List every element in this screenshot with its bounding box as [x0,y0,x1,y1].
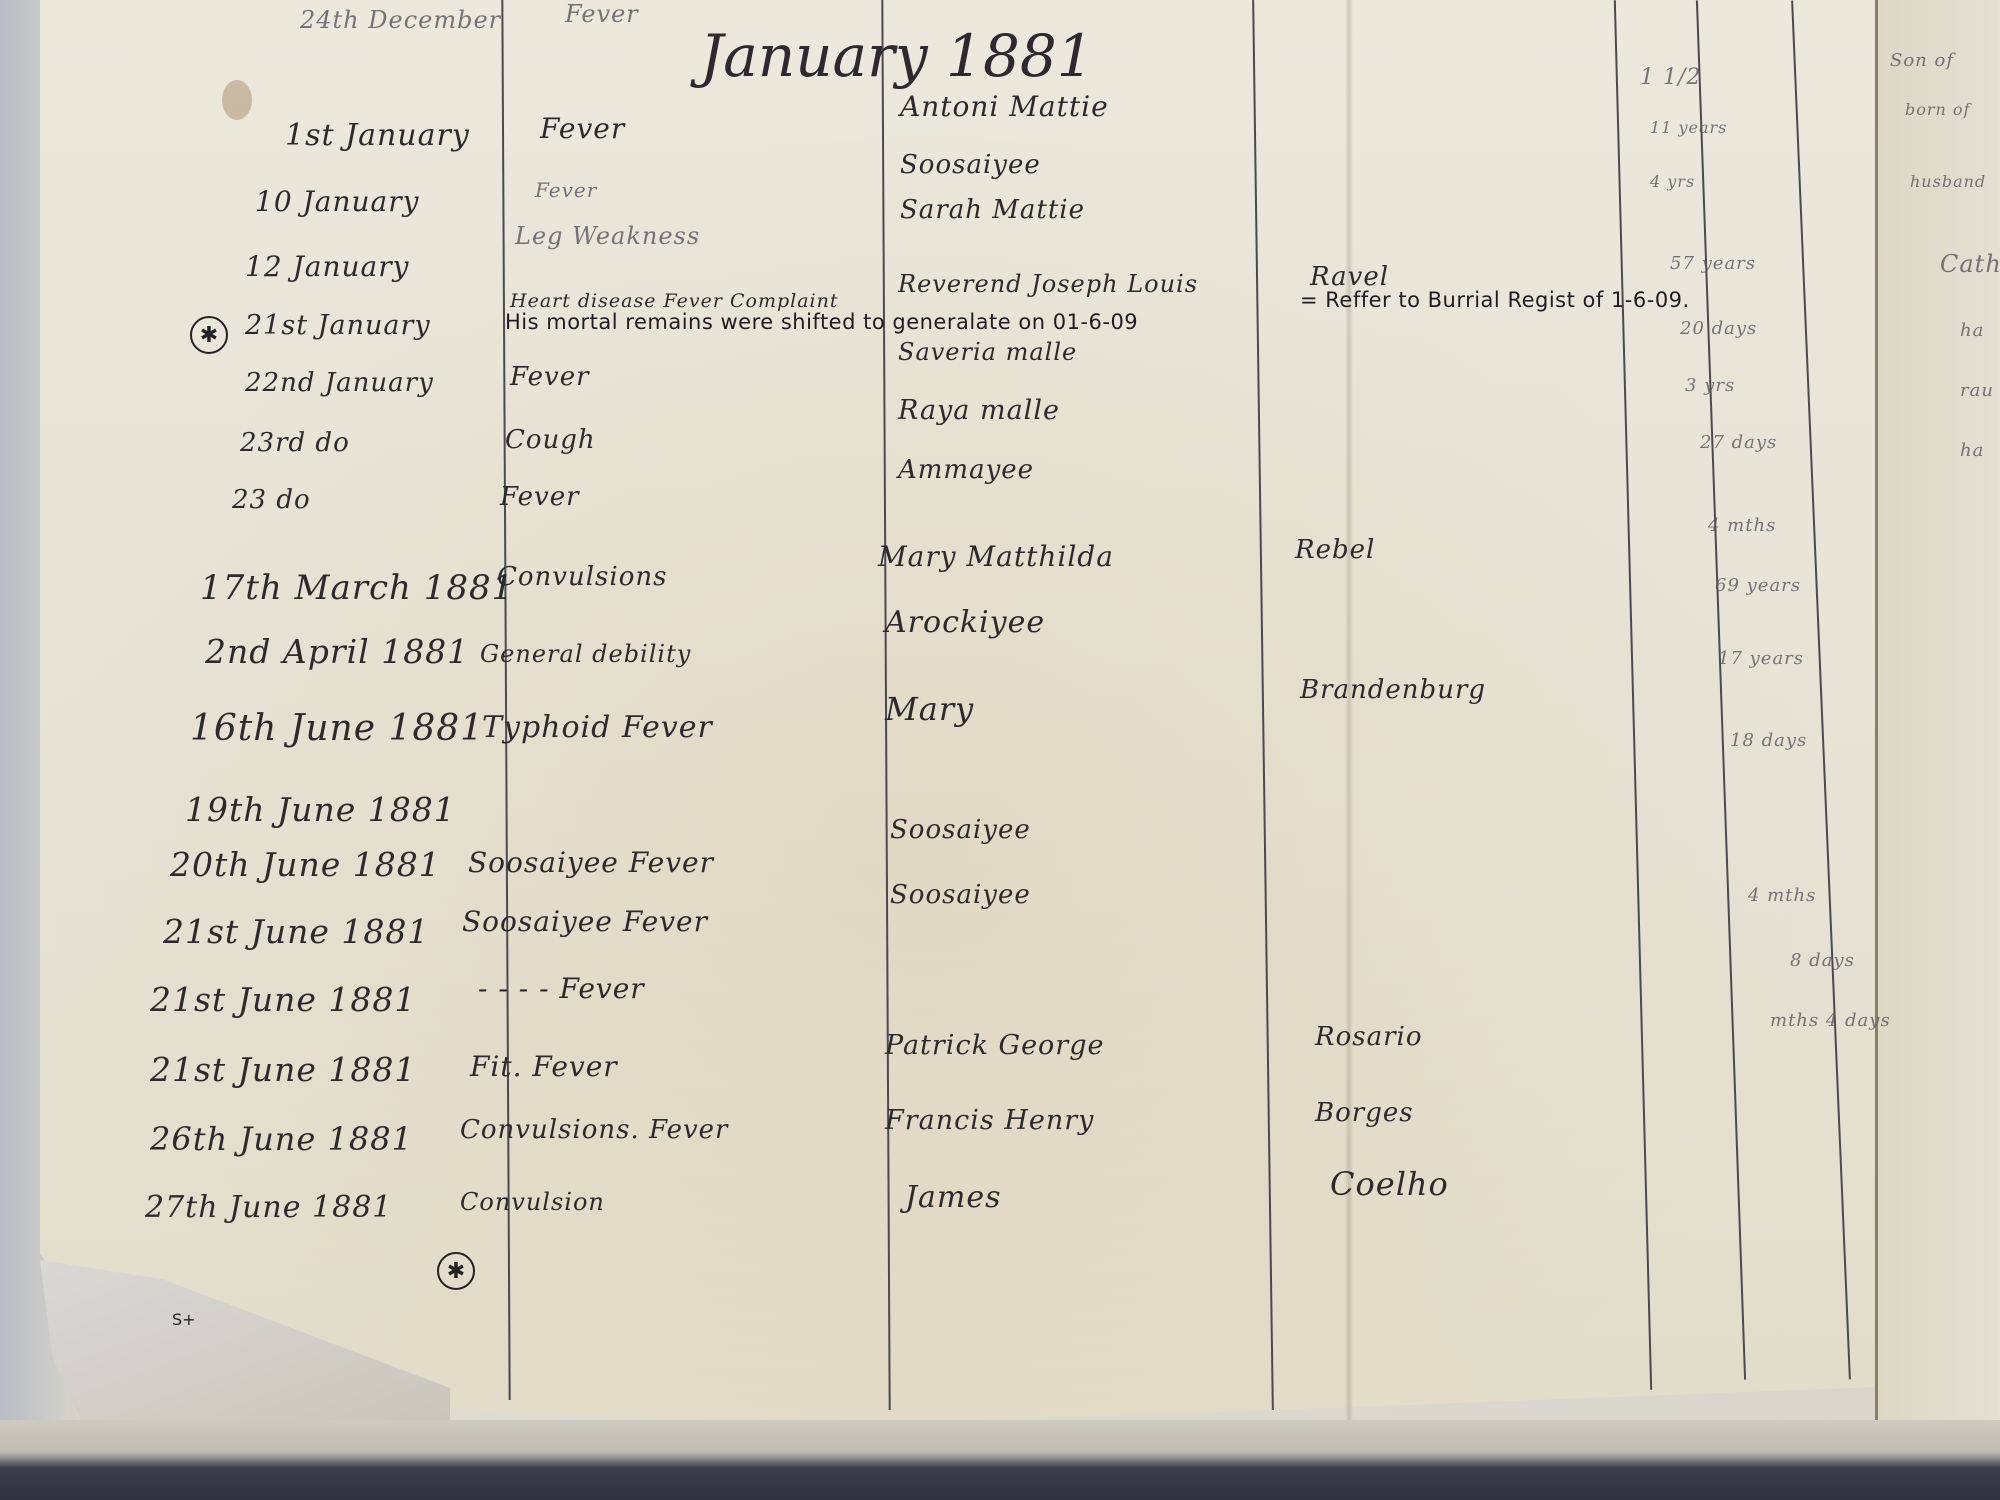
entry-name: Mary Matthilda [878,540,1114,573]
entry-name: Mary [885,690,974,728]
entry-date: 21st June 1881 [150,1050,416,1089]
entry-name: Raya malle [898,395,1060,426]
margin-fragment: husband [1910,172,1986,191]
entry-remark: = Reffer to Burrial Regist of 1-6-09. [1300,288,1690,312]
carryover-cause: Fever [565,0,639,28]
entry-age: 3 yrs [1685,375,1735,396]
entry-cause: Heart disease Fever Complaint [510,290,839,312]
entry-cause: Typhoid Fever [482,710,713,745]
entry-surname: Rosario [1315,1022,1422,1052]
entry-name: Reverend Joseph Louis [898,270,1198,298]
entry-cause: Fever [535,178,597,202]
table-surface [0,1420,2000,1500]
entry-age: 18 days [1730,730,1807,751]
page-fold [1345,0,1353,1420]
entry-date: 22nd January [245,368,434,398]
entry-age: mths 4 days [1770,1010,1891,1031]
margin-fragment: ha [1960,320,1984,341]
entry-name: Patrick George [885,1030,1104,1061]
entry-age: 69 years [1715,575,1801,596]
entry-annotation: His mortal remains were shifted to gener… [505,310,1138,334]
entry-age: 4 yrs [1650,172,1695,191]
corner-tag: S+ [172,1310,196,1329]
entry-surname: Brandenburg [1300,675,1486,705]
ink-stain [222,80,252,120]
adjacent-page-edge [1875,0,2000,1420]
entry-name: Sarah Mattie [900,195,1085,225]
carryover-date: 24th December [300,6,501,34]
entry-cause: Fever [540,112,625,145]
entry-surname: Rebel [1295,535,1375,565]
entry-cause: Fit. Fever [470,1050,618,1083]
entry-cause: Soosaiyee Fever [462,905,708,938]
entry-name: Antoni Mattie [900,90,1109,123]
entry-date: 2nd April 1881 [205,632,469,671]
entry-date: 17th March 1881 [200,568,514,608]
entry-date: 26th June 1881 [150,1120,413,1158]
entry-date: 10 January [255,185,419,218]
entry-cause: Convulsion [460,1188,605,1216]
entry-surname: Coelho [1330,1165,1449,1203]
entry-name: Soosaiyee [890,880,1031,910]
entry-age: 27 days [1700,432,1777,453]
entry-cause: Cough [505,425,596,455]
entry-date: 21st June 1881 [150,980,416,1019]
entry-cause: Convulsions. Fever [460,1115,728,1145]
entry-name: Saveria malle [898,338,1077,366]
entry-cause: Fever [500,482,580,512]
entry-age: 20 days [1680,318,1757,339]
entry-cause: - - - - Fever [478,972,645,1005]
entry-date: 23 do [232,485,311,515]
entry-cause: Leg Weakness [515,222,700,250]
entry-date: 23rd do [240,428,350,458]
star-stamp-icon: ✱ [190,316,228,354]
entry-date: 20th June 1881 [170,845,441,884]
page-heading: January 1881 [700,22,1094,90]
entry-surname: Borges [1315,1098,1414,1128]
margin-fragment: rau [1960,380,1994,401]
entry-name: Soosaiyee [900,150,1041,180]
entry-cause: Soosaiyee Fever [468,846,714,879]
entry-date: 19th June 1881 [185,790,456,829]
entry-name: James [905,1180,1002,1215]
margin-fragment: ha [1960,440,1984,461]
entry-cause: Convulsions [497,562,667,592]
entry-name: Arockiyee [885,605,1045,640]
margin-fragment: Son of [1890,50,1954,71]
entry-age: 11 years [1650,118,1727,137]
entry-date: 16th June 1881 [190,708,484,749]
entry-date: 27th June 1881 [145,1190,392,1225]
entry-date: 12 January [245,250,409,283]
entry-age: 17 years [1718,648,1804,669]
margin-fragment: born of [1905,100,1970,119]
entry-date: 1st January [285,118,470,153]
entry-date: 21st June 1881 [163,912,429,951]
entry-age: 1 1/2 [1640,65,1701,90]
entry-age: 57 years [1670,253,1756,274]
entry-name: Ammayee [898,455,1034,485]
entry-cause: Fever [510,362,590,392]
entry-age: 4 mths [1748,885,1816,906]
entry-name: Francis Henry [885,1105,1094,1136]
star-stamp-icon: ✱ [437,1252,475,1290]
entry-age: 4 mths [1708,515,1776,536]
margin-fragment: Cath [1940,250,2000,278]
entry-cause: General debility [480,640,691,668]
entry-age: 8 days [1790,950,1855,971]
entry-date: 21st January [245,310,431,341]
entry-name: Soosaiyee [890,815,1031,845]
